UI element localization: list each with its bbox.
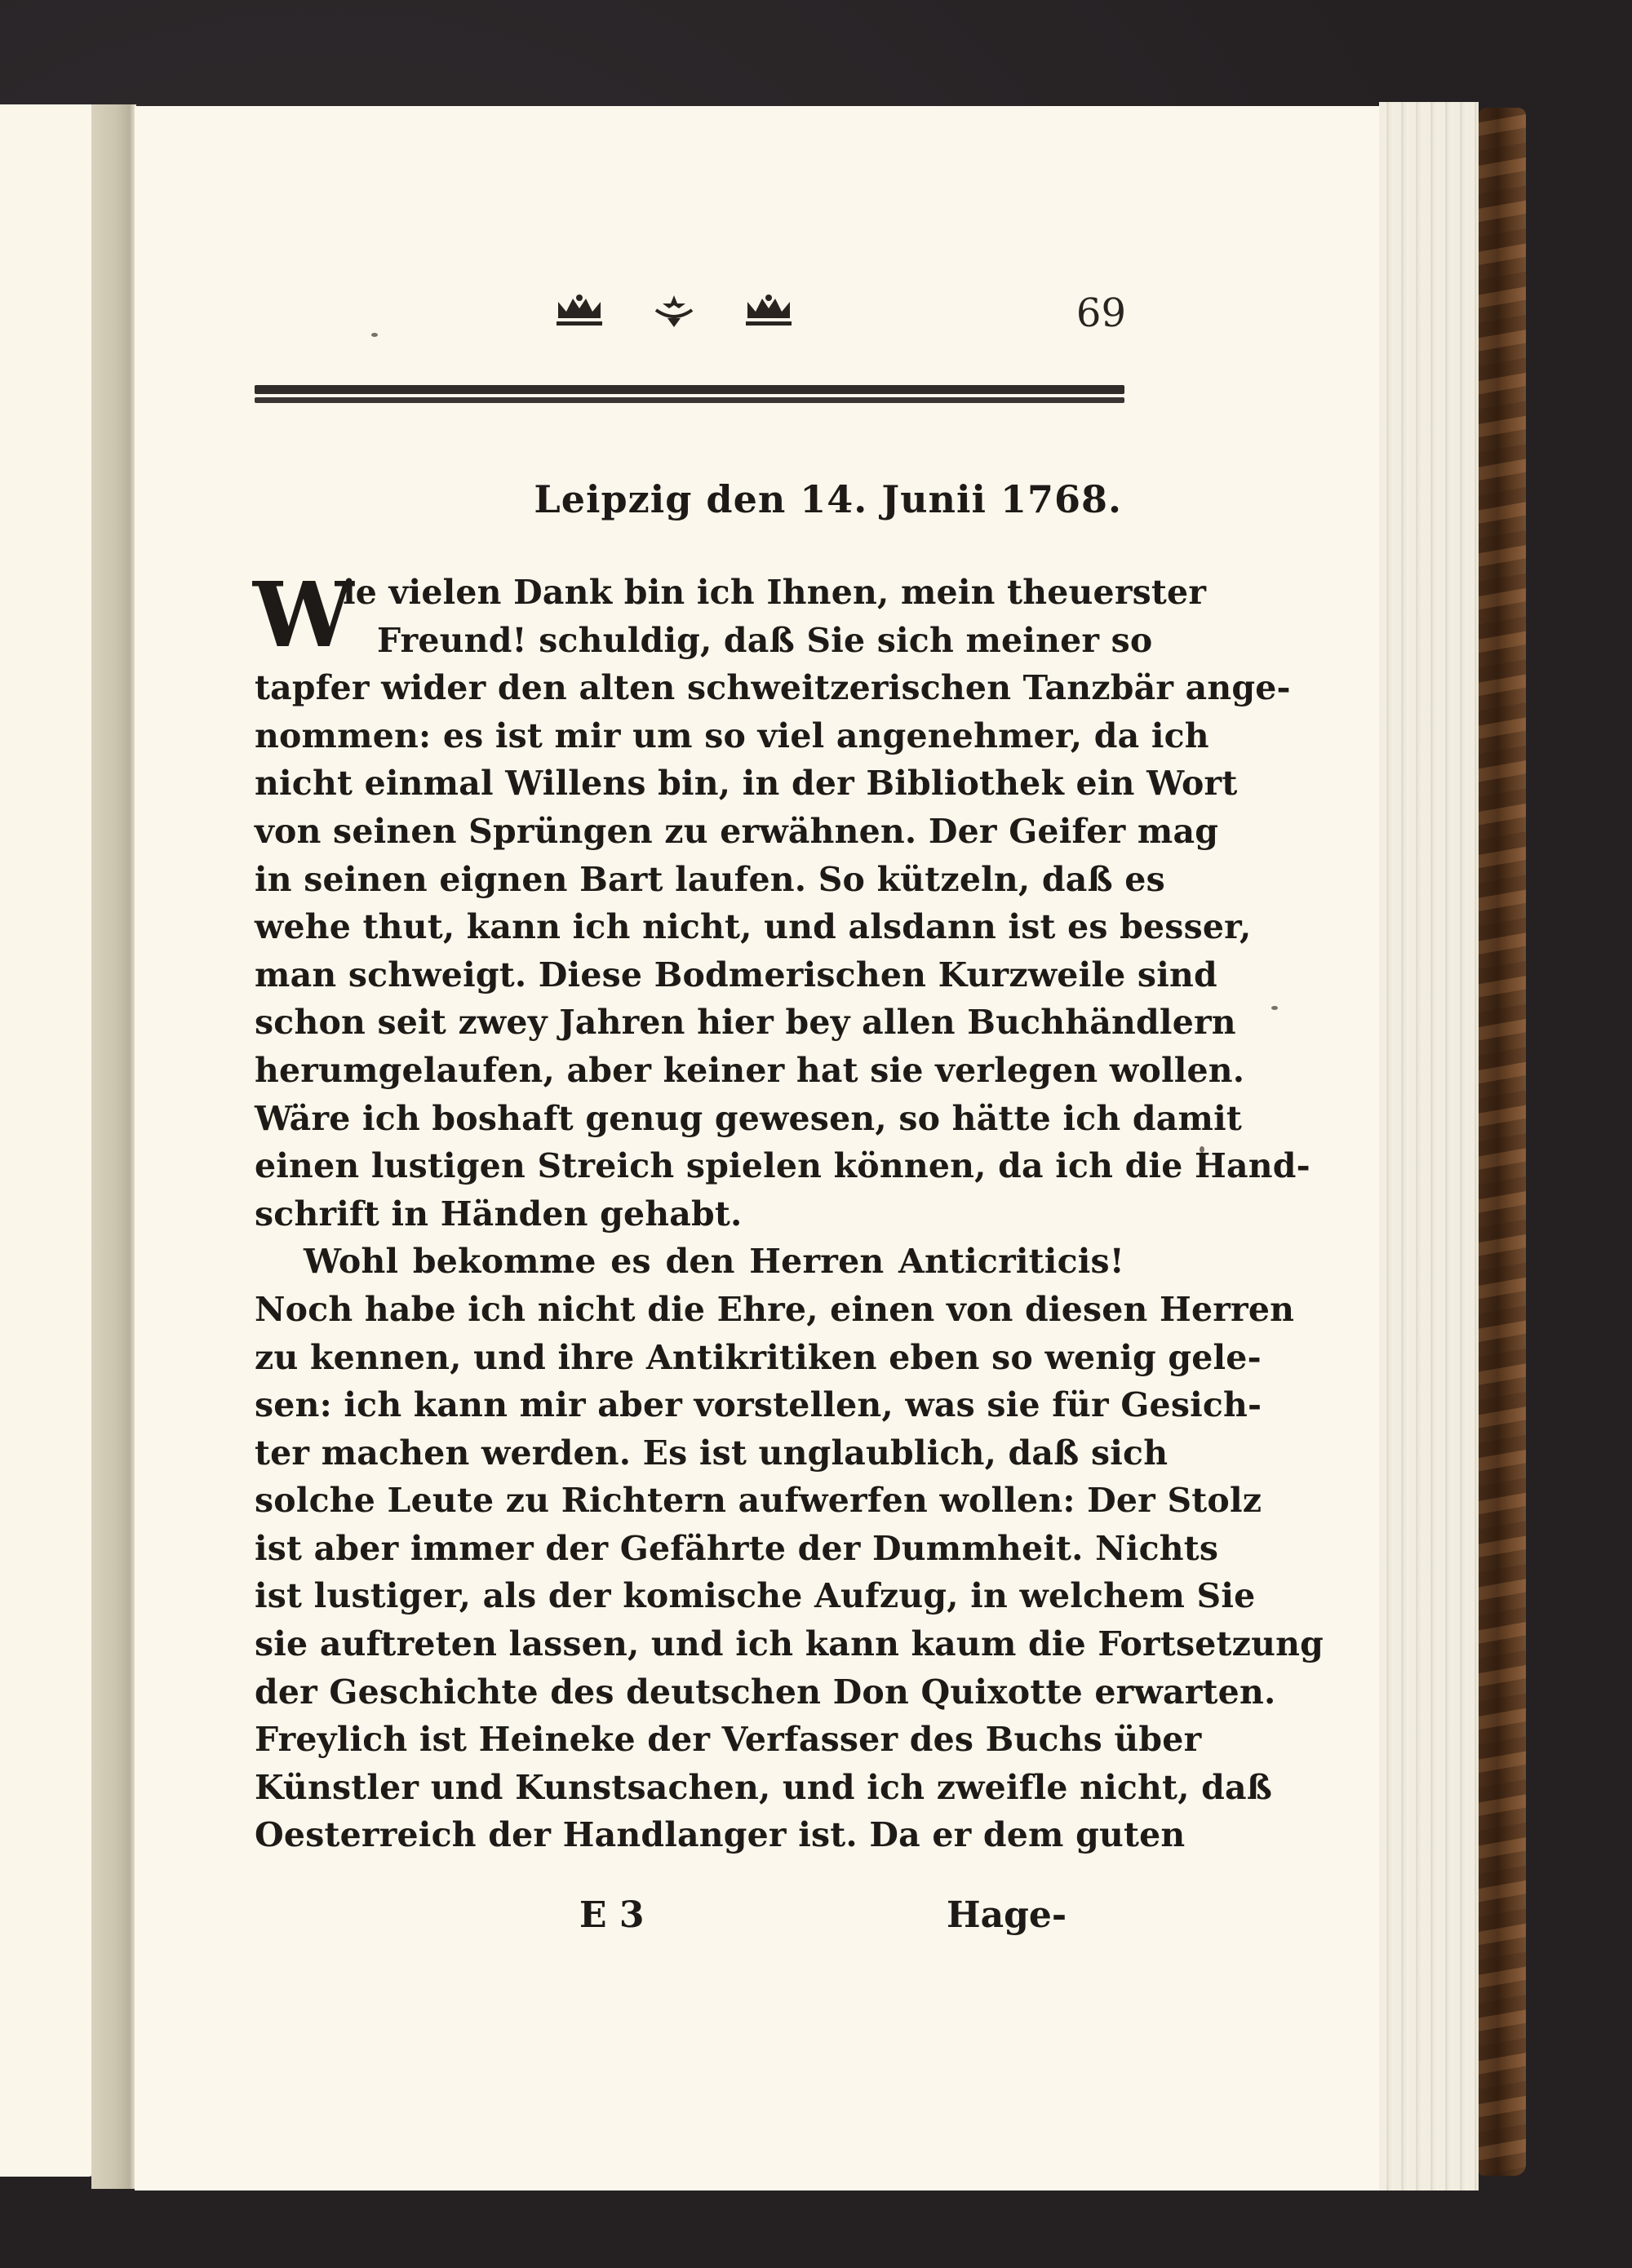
catchword: Hage- <box>947 1894 1067 1936</box>
text-line: einen lustigen Streich spielen können, d… <box>255 1142 1124 1190</box>
left-page-edge <box>0 104 96 2177</box>
text-line: Oesterreich der Handlanger ist. Da er de… <box>255 1811 1124 1859</box>
text-line: zu kennen, und ihre Antikritiken eben so… <box>255 1334 1124 1382</box>
text-line: sie auftreten lassen, und ich kann kaum … <box>255 1620 1124 1668</box>
text-line: nommen: es ist mir um so viel angenehmer… <box>255 712 1124 760</box>
page-block-edges <box>1379 102 1479 2190</box>
text-line: Freylich ist Heineke der Verfasser des B… <box>255 1716 1124 1764</box>
text-line: ie vielen Dank bin ich Ihnen, mein theue… <box>255 569 1124 617</box>
crown-ornament-icon <box>555 294 604 328</box>
page-number: 69 <box>1076 290 1126 336</box>
text-line: tapfer wider den alten schweitzerischen … <box>255 664 1124 712</box>
text-line: ist aber immer der Gefährte der Dummheit… <box>255 1525 1124 1573</box>
text-line: Wäre ich boshaft genug gewesen, so hätte… <box>255 1095 1124 1143</box>
book-cover-edge <box>1479 108 1526 2176</box>
text-line: von seinen Sprüngen zu erwähnen. Der Gei… <box>255 808 1124 856</box>
running-header: 69 <box>253 294 1126 343</box>
fleuron-ornament-icon <box>650 294 698 328</box>
text-line: Freund! schuldig, daß Sie sich meiner so <box>255 617 1124 665</box>
paper-speck <box>1271 1006 1278 1010</box>
signature-mark: E 3 <box>579 1894 644 1936</box>
text-line: solche Leute zu Richtern aufwerfen wolle… <box>255 1477 1124 1525</box>
text-line: man schweigt. Diese Bodmerischen Kurzwei… <box>255 951 1124 999</box>
text-line: in seinen eignen Bart laufen. So kützeln… <box>255 856 1124 904</box>
text-line: schon seit zwey Jahren hier bey allen Bu… <box>255 999 1124 1047</box>
crown-ornament-icon <box>744 294 793 328</box>
rule-thin <box>255 397 1124 403</box>
text-line: wehe thut, kann ich nicht, und alsdann i… <box>255 903 1124 951</box>
text-line: schrift in Händen gehabt. <box>255 1190 1124 1238</box>
book-gutter <box>91 104 136 2189</box>
text-line: sen: ich kann mir aber vorstellen, was s… <box>255 1381 1124 1429</box>
text-line: ist lustiger, als der komische Aufzug, i… <box>255 1572 1124 1620</box>
text-line: nicht einmal Willens bin, in der Bibliot… <box>255 760 1124 808</box>
double-rule-divider <box>255 385 1124 406</box>
dateline: Leipzig den 14. Junii 1768. <box>534 477 1122 521</box>
drop-cap: W <box>253 570 354 660</box>
text-line: der Geschichte des deutschen Don Quixott… <box>255 1668 1124 1717</box>
page-footer: E 3 Hage- <box>255 1894 1124 1951</box>
text-line: ter machen werden. Es ist unglaublich, d… <box>255 1429 1124 1477</box>
header-ornaments <box>555 294 793 328</box>
rule-thick <box>255 385 1124 394</box>
text-line: Künstler und Kunstsachen, und ich zweifl… <box>255 1764 1124 1812</box>
text-line: Noch habe ich nicht die Ehre, einen von … <box>255 1286 1124 1334</box>
text-line: herumgelaufen, aber keiner hat sie verle… <box>255 1047 1124 1095</box>
text-line: Wohl bekomme es den Herren Anticriticis! <box>255 1238 1124 1286</box>
letter-body: W ie vielen Dank bin ich Ihnen, mein the… <box>255 569 1124 1859</box>
